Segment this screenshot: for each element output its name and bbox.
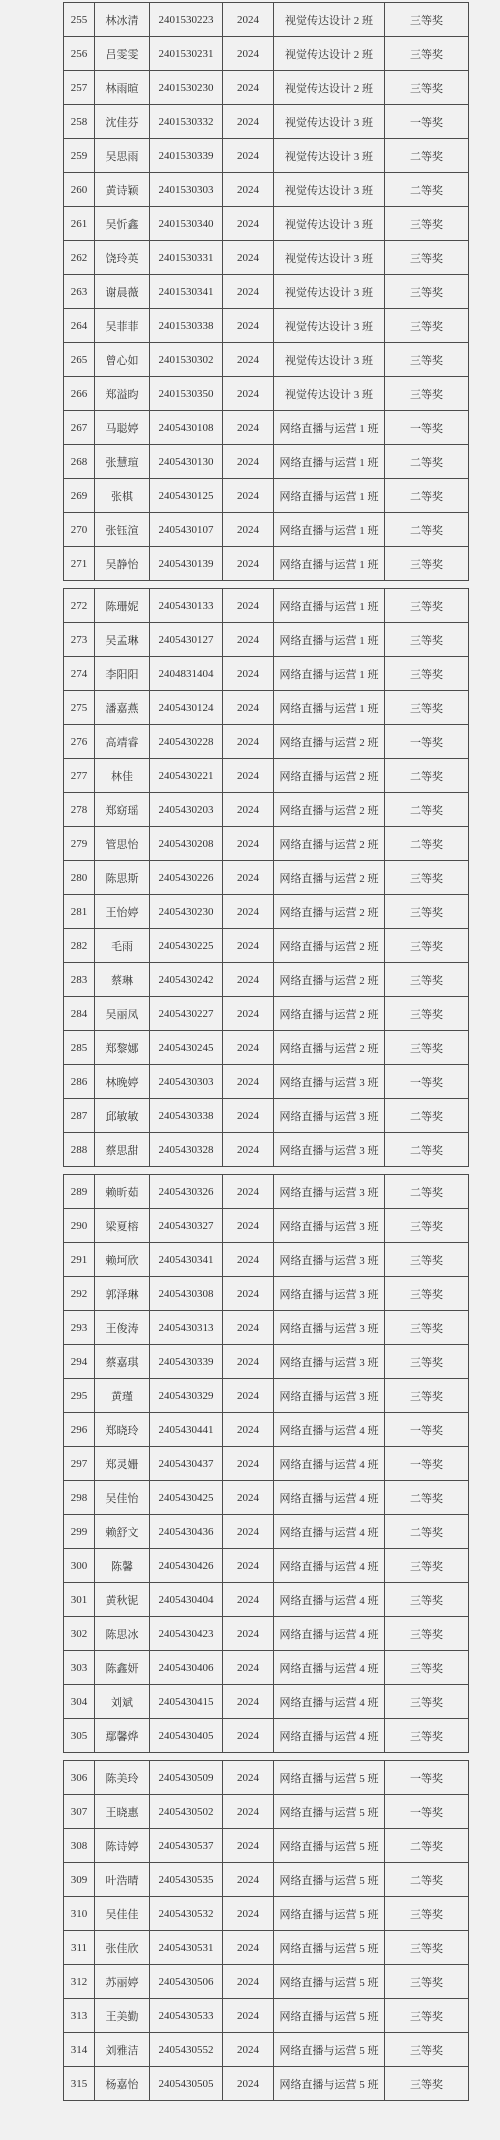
cell-student-id: 2401530303 — [150, 173, 223, 207]
table-row: 299 赖舒文 2405430436 2024 网络直播与运营 4 班 二等奖 — [64, 1515, 469, 1549]
cell-serial: 306 — [64, 1761, 95, 1795]
cell-name: 高靖睿 — [95, 725, 150, 759]
table-row: 257 林雨暄 2401530230 2024 视觉传达设计 2 班 三等奖 — [64, 71, 469, 105]
table-row: 289 赖昕茹 2405430326 2024 网络直播与运营 3 班 二等奖 — [64, 1175, 469, 1209]
cell-serial: 275 — [64, 691, 95, 725]
cell-award: 三等奖 — [385, 343, 469, 377]
cell-year: 2024 — [223, 547, 274, 581]
table-row: 261 吴忻鑫 2401530340 2024 视觉传达设计 3 班 三等奖 — [64, 207, 469, 241]
cell-award: 三等奖 — [385, 1999, 469, 2033]
cell-serial: 295 — [64, 1379, 95, 1413]
cell-serial: 268 — [64, 445, 95, 479]
cell-name: 陈诗婷 — [95, 1829, 150, 1863]
cell-year: 2024 — [223, 1761, 274, 1795]
cell-class: 网络直播与运营 2 班 — [274, 827, 385, 861]
cell-name: 马聪婷 — [95, 411, 150, 445]
cell-award: 二等奖 — [385, 1175, 469, 1209]
cell-award: 三等奖 — [385, 1031, 469, 1065]
cell-year: 2024 — [223, 1481, 274, 1515]
cell-class: 网络直播与运营 2 班 — [274, 793, 385, 827]
cell-serial: 282 — [64, 929, 95, 963]
cell-name: 蔡琳 — [95, 963, 150, 997]
cell-award: 三等奖 — [385, 895, 469, 929]
cell-name: 李阳阳 — [95, 657, 150, 691]
cell-student-id: 2405430509 — [150, 1761, 223, 1795]
cell-serial: 284 — [64, 997, 95, 1031]
cell-name: 张佳欣 — [95, 1931, 150, 1965]
cell-year: 2024 — [223, 1133, 274, 1167]
cell-year: 2024 — [223, 343, 274, 377]
cell-name: 陈思冰 — [95, 1617, 150, 1651]
cell-year: 2024 — [223, 1243, 274, 1277]
table-row: 305 鄢馨烨 2405430405 2024 网络直播与运营 4 班 三等奖 — [64, 1719, 469, 1753]
cell-class: 网络直播与运营 5 班 — [274, 2067, 385, 2101]
table-row: 292 郭泽琳 2405430308 2024 网络直播与运营 3 班 三等奖 — [64, 1277, 469, 1311]
cell-serial: 263 — [64, 275, 95, 309]
cell-serial: 311 — [64, 1931, 95, 1965]
cell-class: 网络直播与运营 5 班 — [274, 1931, 385, 1965]
cell-serial: 294 — [64, 1345, 95, 1379]
cell-name: 郑窈瑶 — [95, 793, 150, 827]
cell-class: 网络直播与运营 5 班 — [274, 1829, 385, 1863]
cell-year: 2024 — [223, 2033, 274, 2067]
cell-class: 视觉传达设计 3 班 — [274, 139, 385, 173]
cell-serial: 299 — [64, 1515, 95, 1549]
cell-class: 视觉传达设计 3 班 — [274, 105, 385, 139]
table-row: 255 林冰清 2401530223 2024 视觉传达设计 2 班 三等奖 — [64, 3, 469, 37]
cell-class: 网络直播与运营 2 班 — [274, 861, 385, 895]
cell-name: 赖昕茹 — [95, 1175, 150, 1209]
cell-student-id: 2405430552 — [150, 2033, 223, 2067]
cell-class: 网络直播与运营 2 班 — [274, 759, 385, 793]
cell-award: 一等奖 — [385, 1761, 469, 1795]
cell-award: 三等奖 — [385, 1583, 469, 1617]
table-row: 285 郑黎娜 2405430245 2024 网络直播与运营 2 班 三等奖 — [64, 1031, 469, 1065]
cell-name: 林佳 — [95, 759, 150, 793]
cell-student-id: 2405430327 — [150, 1209, 223, 1243]
cell-class: 网络直播与运营 1 班 — [274, 547, 385, 581]
cell-student-id: 2405430436 — [150, 1515, 223, 1549]
cell-student-id: 2405430208 — [150, 827, 223, 861]
cell-award: 二等奖 — [385, 1099, 469, 1133]
cell-award: 三等奖 — [385, 1243, 469, 1277]
cell-award: 二等奖 — [385, 479, 469, 513]
cell-student-id: 2405430437 — [150, 1447, 223, 1481]
cell-year: 2024 — [223, 3, 274, 37]
cell-student-id: 2405430535 — [150, 1863, 223, 1897]
cell-class: 网络直播与运营 1 班 — [274, 589, 385, 623]
cell-class: 网络直播与运营 3 班 — [274, 1175, 385, 1209]
cell-serial: 255 — [64, 3, 95, 37]
cell-serial: 315 — [64, 2067, 95, 2101]
cell-name: 郑晓玲 — [95, 1413, 150, 1447]
cell-award: 三等奖 — [385, 1897, 469, 1931]
cell-class: 网络直播与运营 1 班 — [274, 691, 385, 725]
table-row: 258 沈佳芬 2401530332 2024 视觉传达设计 3 班 一等奖 — [64, 105, 469, 139]
table-row: 286 林晚婷 2405430303 2024 网络直播与运营 3 班 一等奖 — [64, 1065, 469, 1099]
cell-year: 2024 — [223, 445, 274, 479]
cell-student-id: 2405430426 — [150, 1549, 223, 1583]
cell-class: 网络直播与运营 3 班 — [274, 1133, 385, 1167]
cell-student-id: 2405430415 — [150, 1685, 223, 1719]
cell-class: 网络直播与运营 3 班 — [274, 1243, 385, 1277]
table-row: 276 高靖睿 2405430228 2024 网络直播与运营 2 班 一等奖 — [64, 725, 469, 759]
cell-class: 网络直播与运营 1 班 — [274, 445, 385, 479]
cell-class: 视觉传达设计 2 班 — [274, 71, 385, 105]
cell-serial: 307 — [64, 1795, 95, 1829]
cell-serial: 267 — [64, 411, 95, 445]
cell-award: 三等奖 — [385, 2067, 469, 2101]
cell-award: 三等奖 — [385, 1685, 469, 1719]
cell-student-id: 2405430338 — [150, 1099, 223, 1133]
cell-award: 二等奖 — [385, 827, 469, 861]
cell-year: 2024 — [223, 1651, 274, 1685]
cell-serial: 279 — [64, 827, 95, 861]
cell-award: 三等奖 — [385, 241, 469, 275]
cell-student-id: 2405430532 — [150, 1897, 223, 1931]
cell-award: 二等奖 — [385, 1863, 469, 1897]
cell-year: 2024 — [223, 1345, 274, 1379]
cell-serial: 257 — [64, 71, 95, 105]
cell-serial: 265 — [64, 343, 95, 377]
cell-award: 一等奖 — [385, 725, 469, 759]
cell-student-id: 2405430505 — [150, 2067, 223, 2101]
cell-student-id: 2405430531 — [150, 1931, 223, 1965]
cell-student-id: 2401530340 — [150, 207, 223, 241]
cell-name: 赖舒文 — [95, 1515, 150, 1549]
cell-student-id: 2405430230 — [150, 895, 223, 929]
cell-name: 沈佳芬 — [95, 105, 150, 139]
cell-class: 网络直播与运营 5 班 — [274, 1761, 385, 1795]
cell-student-id: 2405430405 — [150, 1719, 223, 1753]
table-row: 310 吴佳佳 2405430532 2024 网络直播与运营 5 班 三等奖 — [64, 1897, 469, 1931]
cell-year: 2024 — [223, 207, 274, 241]
cell-year: 2024 — [223, 1931, 274, 1965]
cell-year: 2024 — [223, 37, 274, 71]
cell-award: 三等奖 — [385, 1277, 469, 1311]
cell-class: 网络直播与运营 5 班 — [274, 1999, 385, 2033]
table-row: 283 蔡琳 2405430242 2024 网络直播与运营 2 班 三等奖 — [64, 963, 469, 997]
cell-serial: 289 — [64, 1175, 95, 1209]
table-row: 265 曾心如 2401530302 2024 视觉传达设计 3 班 三等奖 — [64, 343, 469, 377]
cell-serial: 269 — [64, 479, 95, 513]
cell-award: 二等奖 — [385, 445, 469, 479]
cell-class: 网络直播与运营 5 班 — [274, 2033, 385, 2067]
cell-class: 网络直播与运营 4 班 — [274, 1481, 385, 1515]
cell-year: 2024 — [223, 1617, 274, 1651]
cell-class: 网络直播与运营 4 班 — [274, 1617, 385, 1651]
table-row: 311 张佳欣 2405430531 2024 网络直播与运营 5 班 三等奖 — [64, 1931, 469, 1965]
cell-class: 网络直播与运营 1 班 — [274, 623, 385, 657]
table-row: 290 梁夏榕 2405430327 2024 网络直播与运营 3 班 三等奖 — [64, 1209, 469, 1243]
cell-class: 网络直播与运营 4 班 — [274, 1549, 385, 1583]
cell-name: 鄢馨烨 — [95, 1719, 150, 1753]
table-row: 269 张棋 2405430125 2024 网络直播与运营 1 班 二等奖 — [64, 479, 469, 513]
table-row: 260 黄诗颖 2401530303 2024 视觉传达设计 3 班 二等奖 — [64, 173, 469, 207]
cell-class: 网络直播与运营 5 班 — [274, 1897, 385, 1931]
table-row: 263 谢晨薇 2401530341 2024 视觉传达设计 3 班 三等奖 — [64, 275, 469, 309]
cell-name: 郑灵姗 — [95, 1447, 150, 1481]
table-row: 275 潘嘉燕 2405430124 2024 网络直播与运营 1 班 三等奖 — [64, 691, 469, 725]
cell-class: 视觉传达设计 3 班 — [274, 241, 385, 275]
table-row: 296 郑晓玲 2405430441 2024 网络直播与运营 4 班 一等奖 — [64, 1413, 469, 1447]
cell-award: 一等奖 — [385, 1065, 469, 1099]
cell-class: 网络直播与运营 4 班 — [274, 1685, 385, 1719]
cell-name: 梁夏榕 — [95, 1209, 150, 1243]
cell-year: 2024 — [223, 1829, 274, 1863]
cell-serial: 298 — [64, 1481, 95, 1515]
cell-name: 吴静怡 — [95, 547, 150, 581]
cell-award: 二等奖 — [385, 1829, 469, 1863]
cell-serial: 281 — [64, 895, 95, 929]
cell-name: 管思怡 — [95, 827, 150, 861]
cell-student-id: 2405430404 — [150, 1583, 223, 1617]
cell-student-id: 2405430423 — [150, 1617, 223, 1651]
cell-name: 黄瑾 — [95, 1379, 150, 1413]
cell-class: 视觉传达设计 3 班 — [274, 343, 385, 377]
cell-student-id: 2401530302 — [150, 343, 223, 377]
cell-year: 2024 — [223, 1099, 274, 1133]
cell-serial: 313 — [64, 1999, 95, 2033]
cell-student-id: 2405430203 — [150, 793, 223, 827]
cell-student-id: 2401530331 — [150, 241, 223, 275]
cell-name: 蔡思甜 — [95, 1133, 150, 1167]
cell-student-id: 2404831404 — [150, 657, 223, 691]
cell-name: 张慧瑄 — [95, 445, 150, 479]
cell-year: 2024 — [223, 1277, 274, 1311]
table-row: 287 邱敏敏 2405430338 2024 网络直播与运营 3 班 二等奖 — [64, 1099, 469, 1133]
cell-year: 2024 — [223, 1175, 274, 1209]
cell-name: 吴思雨 — [95, 139, 150, 173]
cell-award: 一等奖 — [385, 1447, 469, 1481]
cell-serial: 276 — [64, 725, 95, 759]
cell-name: 郑黎娜 — [95, 1031, 150, 1065]
cell-year: 2024 — [223, 1863, 274, 1897]
cell-year: 2024 — [223, 691, 274, 725]
cell-class: 网络直播与运营 1 班 — [274, 479, 385, 513]
cell-name: 苏丽婷 — [95, 1965, 150, 1999]
cell-student-id: 2405430227 — [150, 997, 223, 1031]
cell-award: 二等奖 — [385, 793, 469, 827]
cell-serial: 280 — [64, 861, 95, 895]
cell-award: 三等奖 — [385, 1931, 469, 1965]
cell-award: 三等奖 — [385, 1965, 469, 1999]
cell-serial: 262 — [64, 241, 95, 275]
cell-student-id: 2405430339 — [150, 1345, 223, 1379]
cell-student-id: 2405430228 — [150, 725, 223, 759]
cell-class: 视觉传达设计 2 班 — [274, 37, 385, 71]
cell-year: 2024 — [223, 1965, 274, 1999]
cell-year: 2024 — [223, 105, 274, 139]
table-row: 303 陈鑫妍 2405430406 2024 网络直播与运营 4 班 三等奖 — [64, 1651, 469, 1685]
cell-student-id: 2405430506 — [150, 1965, 223, 1999]
cell-serial: 271 — [64, 547, 95, 581]
table-row: 284 吴丽凤 2405430227 2024 网络直播与运营 2 班 三等奖 — [64, 997, 469, 1031]
table-row: 256 吕雯雯 2401530231 2024 视觉传达设计 2 班 三等奖 — [64, 37, 469, 71]
cell-award: 二等奖 — [385, 1515, 469, 1549]
award-table: 272 陈珊妮 2405430133 2024 网络直播与运营 1 班 三等奖 … — [63, 588, 469, 1167]
table-row: 297 郑灵姗 2405430437 2024 网络直播与运营 4 班 一等奖 — [64, 1447, 469, 1481]
cell-class: 网络直播与运营 3 班 — [274, 1065, 385, 1099]
cell-class: 视觉传达设计 3 班 — [274, 207, 385, 241]
cell-year: 2024 — [223, 1515, 274, 1549]
cell-year: 2024 — [223, 1549, 274, 1583]
cell-serial: 303 — [64, 1651, 95, 1685]
cell-year: 2024 — [223, 513, 274, 547]
cell-name: 郑溢昀 — [95, 377, 150, 411]
table-row: 294 蔡嘉琪 2405430339 2024 网络直播与运营 3 班 三等奖 — [64, 1345, 469, 1379]
table-row: 308 陈诗婷 2405430537 2024 网络直播与运营 5 班 二等奖 — [64, 1829, 469, 1863]
cell-year: 2024 — [223, 139, 274, 173]
cell-class: 网络直播与运营 2 班 — [274, 963, 385, 997]
cell-serial: 305 — [64, 1719, 95, 1753]
table-row: 278 郑窈瑶 2405430203 2024 网络直播与运营 2 班 二等奖 — [64, 793, 469, 827]
cell-award: 三等奖 — [385, 1651, 469, 1685]
cell-student-id: 2405430303 — [150, 1065, 223, 1099]
cell-year: 2024 — [223, 861, 274, 895]
cell-class: 网络直播与运营 4 班 — [274, 1447, 385, 1481]
cell-award: 三等奖 — [385, 861, 469, 895]
cell-award: 三等奖 — [385, 1549, 469, 1583]
cell-student-id: 2405430139 — [150, 547, 223, 581]
cell-year: 2024 — [223, 1719, 274, 1753]
cell-serial: 296 — [64, 1413, 95, 1447]
cell-serial: 291 — [64, 1243, 95, 1277]
table-row: 298 吴佳怡 2405430425 2024 网络直播与运营 4 班 二等奖 — [64, 1481, 469, 1515]
cell-student-id: 2405430328 — [150, 1133, 223, 1167]
cell-award: 二等奖 — [385, 759, 469, 793]
cell-class: 网络直播与运营 4 班 — [274, 1651, 385, 1685]
cell-student-id: 2401530230 — [150, 71, 223, 105]
cell-year: 2024 — [223, 1065, 274, 1099]
cell-student-id: 2405430108 — [150, 411, 223, 445]
cell-year: 2024 — [223, 1413, 274, 1447]
cell-student-id: 2405430226 — [150, 861, 223, 895]
cell-award: 三等奖 — [385, 691, 469, 725]
cell-award: 三等奖 — [385, 589, 469, 623]
cell-year: 2024 — [223, 241, 274, 275]
cell-award: 二等奖 — [385, 1481, 469, 1515]
cell-year: 2024 — [223, 1379, 274, 1413]
cell-year: 2024 — [223, 1209, 274, 1243]
table-row: 312 苏丽婷 2405430506 2024 网络直播与运营 5 班 三等奖 — [64, 1965, 469, 1999]
table-row: 306 陈美玲 2405430509 2024 网络直播与运营 5 班 一等奖 — [64, 1761, 469, 1795]
tables-container: 255 林冰清 2401530223 2024 视觉传达设计 2 班 三等奖 2… — [63, 2, 500, 2101]
cell-serial: 283 — [64, 963, 95, 997]
cell-name: 吴佳佳 — [95, 1897, 150, 1931]
cell-award: 一等奖 — [385, 411, 469, 445]
cell-serial: 261 — [64, 207, 95, 241]
cell-year: 2024 — [223, 71, 274, 105]
cell-student-id: 2401530332 — [150, 105, 223, 139]
cell-student-id: 2401530223 — [150, 3, 223, 37]
cell-serial: 309 — [64, 1863, 95, 1897]
cell-award: 三等奖 — [385, 309, 469, 343]
cell-class: 网络直播与运营 2 班 — [274, 1031, 385, 1065]
award-table: 255 林冰清 2401530223 2024 视觉传达设计 2 班 三等奖 2… — [63, 2, 469, 581]
cell-class: 网络直播与运营 1 班 — [274, 411, 385, 445]
cell-award: 三等奖 — [385, 657, 469, 691]
cell-name: 刘斌 — [95, 1685, 150, 1719]
cell-serial: 277 — [64, 759, 95, 793]
table-row: 301 黄秋铌 2405430404 2024 网络直播与运营 4 班 三等奖 — [64, 1583, 469, 1617]
cell-student-id: 2405430125 — [150, 479, 223, 513]
cell-year: 2024 — [223, 929, 274, 963]
cell-name: 蔡嘉琪 — [95, 1345, 150, 1379]
table-row: 307 王晓惠 2405430502 2024 网络直播与运营 5 班 一等奖 — [64, 1795, 469, 1829]
cell-year: 2024 — [223, 1897, 274, 1931]
cell-name: 林冰清 — [95, 3, 150, 37]
cell-class: 网络直播与运营 1 班 — [274, 657, 385, 691]
cell-year: 2024 — [223, 827, 274, 861]
cell-year: 2024 — [223, 725, 274, 759]
cell-year: 2024 — [223, 1447, 274, 1481]
cell-student-id: 2405430107 — [150, 513, 223, 547]
cell-class: 网络直播与运营 4 班 — [274, 1515, 385, 1549]
cell-name: 吴佳怡 — [95, 1481, 150, 1515]
cell-name: 郭泽琳 — [95, 1277, 150, 1311]
cell-serial: 273 — [64, 623, 95, 657]
cell-name: 黄秋铌 — [95, 1583, 150, 1617]
cell-name: 王美勤 — [95, 1999, 150, 2033]
cell-year: 2024 — [223, 309, 274, 343]
cell-award: 三等奖 — [385, 997, 469, 1031]
cell-award: 三等奖 — [385, 963, 469, 997]
cell-class: 网络直播与运营 3 班 — [274, 1277, 385, 1311]
cell-class: 网络直播与运营 3 班 — [274, 1345, 385, 1379]
cell-serial: 260 — [64, 173, 95, 207]
cell-name: 饶玲英 — [95, 241, 150, 275]
cell-student-id: 2405430425 — [150, 1481, 223, 1515]
cell-name: 陈美玲 — [95, 1761, 150, 1795]
cell-name: 邱敏敏 — [95, 1099, 150, 1133]
table-row: 271 吴静怡 2405430139 2024 网络直播与运营 1 班 三等奖 — [64, 547, 469, 581]
cell-class: 网络直播与运营 2 班 — [274, 929, 385, 963]
table-row: 315 杨嘉怡 2405430505 2024 网络直播与运营 5 班 三等奖 — [64, 2067, 469, 2101]
cell-serial: 256 — [64, 37, 95, 71]
cell-serial: 286 — [64, 1065, 95, 1099]
cell-award: 二等奖 — [385, 139, 469, 173]
cell-name: 王俊涛 — [95, 1311, 150, 1345]
cell-class: 网络直播与运营 5 班 — [274, 1965, 385, 1999]
cell-student-id: 2405430326 — [150, 1175, 223, 1209]
cell-class: 视觉传达设计 3 班 — [274, 173, 385, 207]
cell-name: 吴孟琳 — [95, 623, 150, 657]
cell-class: 视觉传达设计 2 班 — [274, 3, 385, 37]
table-row: 302 陈思冰 2405430423 2024 网络直播与运营 4 班 三等奖 — [64, 1617, 469, 1651]
cell-year: 2024 — [223, 589, 274, 623]
cell-student-id: 2405430308 — [150, 1277, 223, 1311]
award-table: 306 陈美玲 2405430509 2024 网络直播与运营 5 班 一等奖 … — [63, 1760, 469, 2101]
table-row: 300 陈馨 2405430426 2024 网络直播与运营 4 班 三等奖 — [64, 1549, 469, 1583]
cell-serial: 308 — [64, 1829, 95, 1863]
cell-serial: 314 — [64, 2033, 95, 2067]
table-row: 274 李阳阳 2404831404 2024 网络直播与运营 1 班 三等奖 — [64, 657, 469, 691]
table-row: 262 饶玲英 2401530331 2024 视觉传达设计 3 班 三等奖 — [64, 241, 469, 275]
cell-award: 三等奖 — [385, 929, 469, 963]
cell-name: 陈珊妮 — [95, 589, 150, 623]
cell-year: 2024 — [223, 1685, 274, 1719]
cell-student-id: 2405430329 — [150, 1379, 223, 1413]
cell-class: 网络直播与运营 3 班 — [274, 1311, 385, 1345]
cell-year: 2024 — [223, 1583, 274, 1617]
cell-serial: 302 — [64, 1617, 95, 1651]
cell-student-id: 2405430313 — [150, 1311, 223, 1345]
cell-serial: 278 — [64, 793, 95, 827]
cell-student-id: 2401530350 — [150, 377, 223, 411]
table-row: 280 陈思斯 2405430226 2024 网络直播与运营 2 班 三等奖 — [64, 861, 469, 895]
cell-student-id: 2401530341 — [150, 275, 223, 309]
